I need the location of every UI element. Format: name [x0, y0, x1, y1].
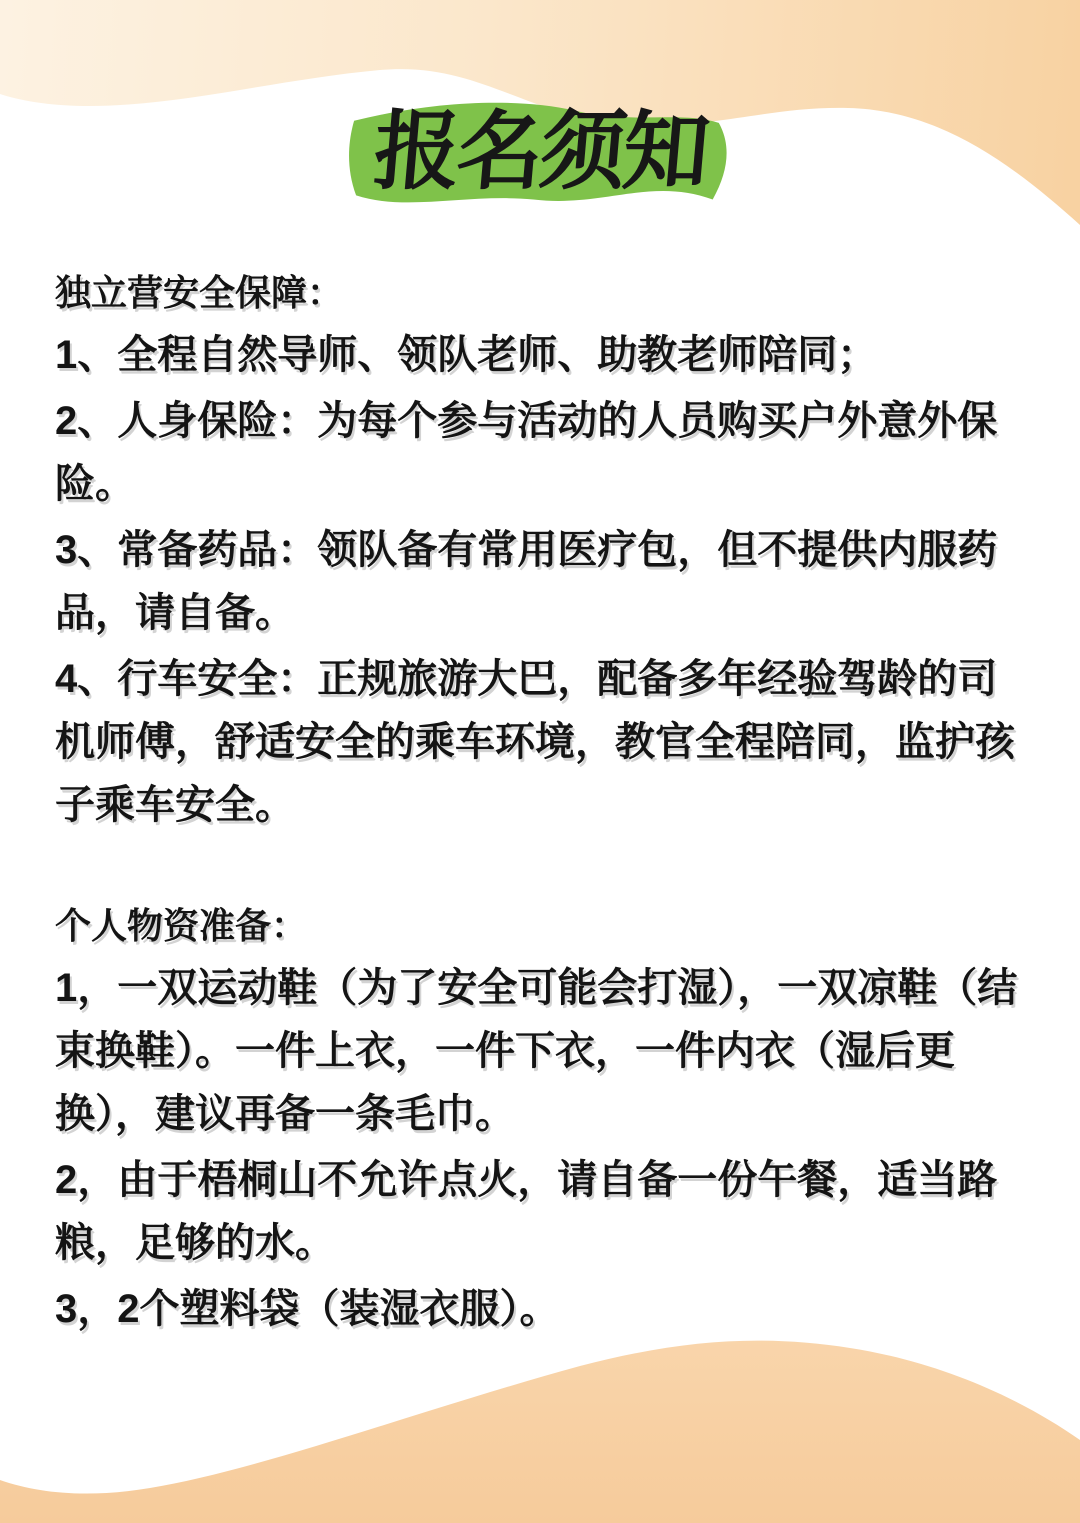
bottom-wave-shape: [0, 1341, 1080, 1523]
section-heading-supplies: 个人物资准备：: [55, 895, 1025, 957]
safety-item-2: 2、人身保险：为每个参与活动的人员购买户外意外保险。: [55, 390, 1025, 516]
section-safety: 独立营安全保障： 1、全程自然导师、领队老师、助教老师陪同； 2、人身保险：为每…: [55, 262, 1025, 837]
supplies-item-1: 1，一双运动鞋（为了安全可能会打湿），一双凉鞋（结束换鞋）。一件上衣，一件下衣，…: [55, 957, 1025, 1146]
supplies-item-3: 3，2个塑料袋（装湿衣服）。: [55, 1278, 1025, 1341]
section-heading-safety: 独立营安全保障：: [55, 262, 1025, 324]
page-title: 报名须知: [343, 82, 740, 206]
poster-page: 报名须知 独立营安全保障： 1、全程自然导师、领队老师、助教老师陪同； 2、人身…: [0, 0, 1080, 1523]
safety-item-1: 1、全程自然导师、领队老师、助教老师陪同；: [55, 324, 1025, 387]
title-banner: 报名须知: [346, 98, 736, 214]
bottom-wave-decoration: [0, 1338, 1080, 1523]
safety-item-4: 4、行车安全：正规旅游大巴，配备多年经验驾龄的司机师傅，舒适安全的乘车环境，教官…: [55, 648, 1025, 837]
safety-item-3: 3、常备药品：领队备有常用医疗包，但不提供内服药品，请自备。: [55, 519, 1025, 645]
supplies-item-2: 2，由于梧桐山不允许点火，请自备一份午餐，适当路粮，足够的水。: [55, 1149, 1025, 1275]
content-area: 独立营安全保障： 1、全程自然导师、领队老师、助教老师陪同； 2、人身保险：为每…: [55, 262, 1025, 1344]
section-supplies: 个人物资准备： 1，一双运动鞋（为了安全可能会打湿），一双凉鞋（结束换鞋）。一件…: [55, 895, 1025, 1341]
